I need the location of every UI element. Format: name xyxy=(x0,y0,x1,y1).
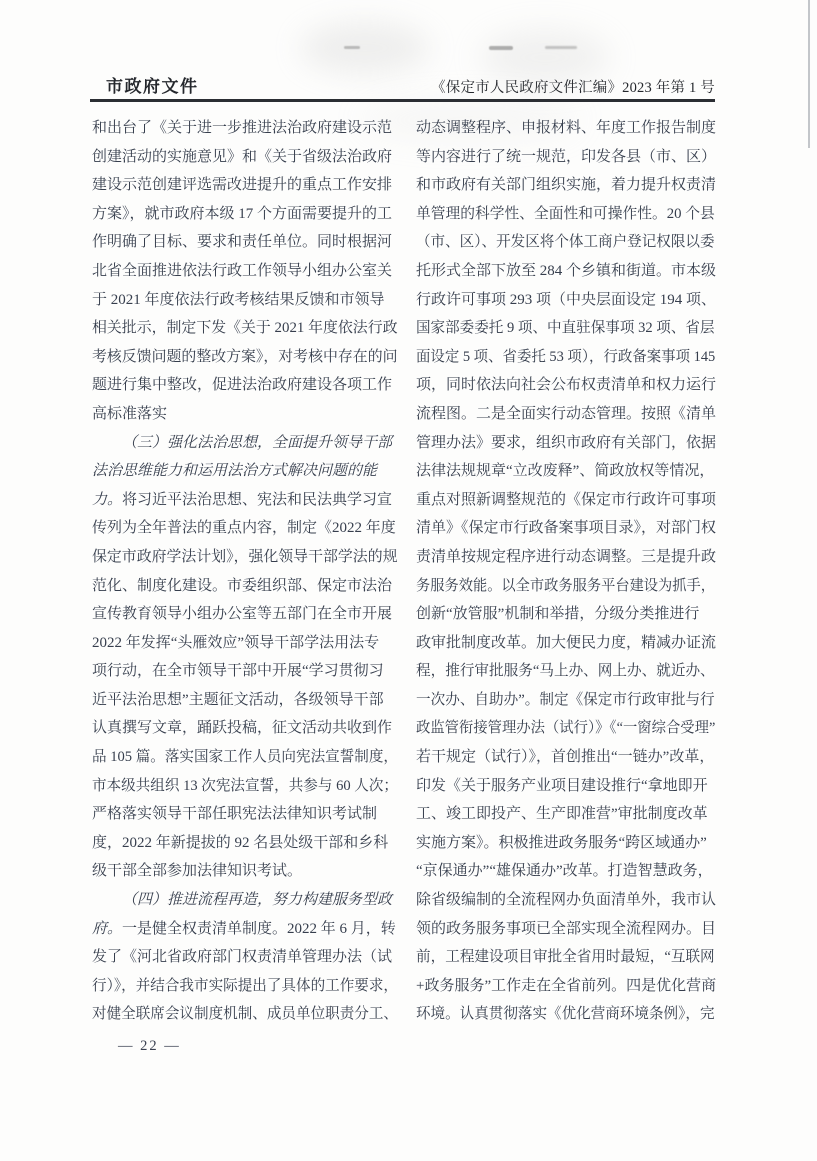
text-line: 2022 年发挥“头雁效应”领导干部学法用法专 xyxy=(92,629,398,658)
text-line: 范化、制度化建设。市委组织部、保定市法治 xyxy=(92,572,398,601)
page-header: 市政府文件 《保定市人民政府文件汇编》2023 年第 1 号 xyxy=(90,72,715,97)
text-line: 严格落实领导干部任职宪法法律知识考试制 xyxy=(92,800,398,829)
text-line: +政务服务”工作走在全省前列。四是优化营商 xyxy=(416,972,715,1001)
text-line: 度，2022 年新提拔的 92 名县处级干部和乡科 xyxy=(92,829,398,858)
text-line: 作明确了目标、要求和责任单位。同时根据河 xyxy=(92,228,398,257)
text-line: 创建活动的实施意见》和《关于省级法治政府 xyxy=(92,143,398,172)
text-line: “京保通办”“雄保通办”改革。打造智慧政务， xyxy=(416,857,715,886)
text-line: 一次办、自助办”。制定《保定市行政审批与行 xyxy=(416,686,707,715)
text-line: 对健全联席会议制度机制、成员单位职责分工、 xyxy=(92,1000,389,1029)
text-line: 市本级共组织 13 次宪法宣誓，共参与 60 人次； xyxy=(92,772,389,801)
text-line: 政审批制度改革。加大便民力度，精减办证流 xyxy=(416,629,715,658)
page-number: — 22 — xyxy=(118,1038,181,1055)
text-line: 传列为全年普法的重点内容，制定《2022 年度 xyxy=(92,514,398,543)
text-line: 重点对照新调整规范的《保定市行政许可事项 xyxy=(416,486,715,515)
text-line: 级干部全部参加法律知识考试。 xyxy=(92,857,398,886)
text-line: 和市政府有关部门组织实施，着力提升权责清 xyxy=(416,171,715,200)
header-rule xyxy=(90,99,715,102)
text-line: 国家部委委托 9 项、中直驻保事项 32 项、省层 xyxy=(416,314,706,343)
header-publication: 《保定市人民政府文件汇编》2023 年第 1 号 xyxy=(431,76,715,97)
text-line: 项行动，在全市领导干部中开展“学习贯彻习 xyxy=(92,657,398,686)
scan-mark xyxy=(489,46,513,50)
text-line: 实施方案》。积极推进政务服务“跨区域通办” xyxy=(416,829,715,858)
text-line: 和出台了《关于进一步推进法治政府建设示范 xyxy=(92,114,398,143)
scan-mark xyxy=(545,46,577,49)
text-line: 近平法治思想”主题征文活动，各级领导干部 xyxy=(92,686,398,715)
text-line: 法律法规规章“立改废释”、简政放权等情况， xyxy=(416,457,715,486)
text-line: 托形式全部下放至 284 个乡镇和街道。市本级 xyxy=(416,257,715,286)
text-line: 考核反馈问题的整改方案》，对考核中存在的问 xyxy=(92,343,396,372)
text-line: 北省全面推进依法行政工作领导小组办公室关 xyxy=(92,257,398,286)
text-line: 责清单按规定程序进行动态调整。三是提升政 xyxy=(416,543,715,572)
text-line: 于 2021 年度依法行政考核结果反馈和市领导 xyxy=(92,286,398,315)
text-line: 政监管衔接管理办法（试行）》《“一窗综合受理” xyxy=(416,714,702,743)
text-line: 动态调整程序、申报材料、年度工作报告制度 xyxy=(416,114,715,143)
text-line: 保定市政府学法计划》，强化领导干部学法的规 xyxy=(92,543,396,572)
text-line: （四）推进流程再造，努力构建服务型政 xyxy=(92,886,398,915)
text-line: 府。一是健全权责清单制度。2022 年 6 月，转 xyxy=(92,915,398,944)
right-column: 动态调整程序、申报材料、年度工作报告制度等内容进行了统一规范，印发各县（市、区）… xyxy=(416,114,715,1029)
scan-mark xyxy=(344,46,360,49)
text-line: 题进行集中整改，促进法治政府建设各项工作 xyxy=(92,371,398,400)
text-line: 若干规定（试行）》，首创推出“一链办”改革， xyxy=(416,743,715,772)
text-line: 面设定 5 项、省委托 53 项），行政备案事项 145 xyxy=(416,343,703,372)
text-line: 除省级编制的全流程网办负面清单外，我市认 xyxy=(416,886,715,915)
text-line: 认真撰写文章，踊跃投稿，征文活动共收到作 xyxy=(92,714,398,743)
left-column: 和出台了《关于进一步推进法治政府建设示范创建活动的实施意见》和《关于省级法治政府… xyxy=(92,114,398,1029)
text-line: 流程图。二是全面实行动态管理。按照《清单 xyxy=(416,400,715,429)
text-line: 创新“放管服”机制和举措，分级分类推进行 xyxy=(416,600,715,629)
text-line: 工、竣工即投产、生产即准营”审批制度改革 xyxy=(416,800,715,829)
text-line: 程，推行审批服务“马上办、网上办、就近办、 xyxy=(416,657,707,686)
text-line: 单管理的科学性、全面性和可操作性。20 个县 xyxy=(416,200,710,229)
text-line: 管理办法》要求，组织市政府有关部门，依据 xyxy=(416,429,715,458)
document-page: 市政府文件 《保定市人民政府文件汇编》2023 年第 1 号 和出台了《关于进一… xyxy=(0,0,817,1161)
text-line: 法治思维能力和运用法治方式解决问题的能 xyxy=(92,457,398,486)
text-line: 印发《关于服务产业项目建设推行“拿地即开 xyxy=(416,772,715,801)
text-line: 领的政务服务事项已全部实现全流程网办。目 xyxy=(416,915,715,944)
text-line: 方案》，就市政府本级 17 个方面需要提升的工 xyxy=(92,200,398,229)
text-line: 前，工程建设项目审批全省用时最短，“互联网 xyxy=(416,943,707,972)
text-line: （三）强化法治思想，全面提升领导干部 xyxy=(92,429,398,458)
text-line: 清单》《保定市行政备案事项目录》，对部门权 xyxy=(416,514,715,543)
header-doc-type: 市政府文件 xyxy=(106,72,199,97)
text-line: 相关批示，制定下发《关于 2021 年度依法行政 xyxy=(92,314,396,343)
scan-edge-line xyxy=(808,0,810,148)
text-line: 务服务效能。以全市政务服务平台建设为抓手， xyxy=(416,572,700,601)
text-line: 行）》，并结合我市实际提出了具体的工作要求， xyxy=(92,972,389,1001)
text-line: 行政许可事项 293 项（中央层面设定 194 项、 xyxy=(416,286,715,315)
text-line: （市、区）、开发区将个体工商户登记权限以委 xyxy=(416,228,706,257)
text-line: 项，同时依法向社会公布权责清单和权力运行 xyxy=(416,371,715,400)
text-line: 环境。认真贯彻落实《优化营商环境条例》，完 xyxy=(416,1000,706,1029)
text-line: 宣传教育领导小组办公室等五部门在全市开展 xyxy=(92,600,398,629)
text-line: 品 105 篇。落实国家工作人员向宪法宣誓制度， xyxy=(92,743,389,772)
scan-smudge xyxy=(300,22,430,74)
text-line: 力。将习近平法治思想、宪法和民法典学习宣 xyxy=(92,486,398,515)
text-line: 高标准落实 xyxy=(92,400,398,429)
document-body: 和出台了《关于进一步推进法治政府建设示范创建活动的实施意见》和《关于省级法治政府… xyxy=(92,114,715,1029)
text-line: 发了《河北省政府部门权责清单管理办法（试 xyxy=(92,943,398,972)
text-line: 等内容进行了统一规范，印发各县（市、区） xyxy=(416,143,715,172)
text-line: 建设示范创建评选需改进提升的重点工作安排 xyxy=(92,171,398,200)
